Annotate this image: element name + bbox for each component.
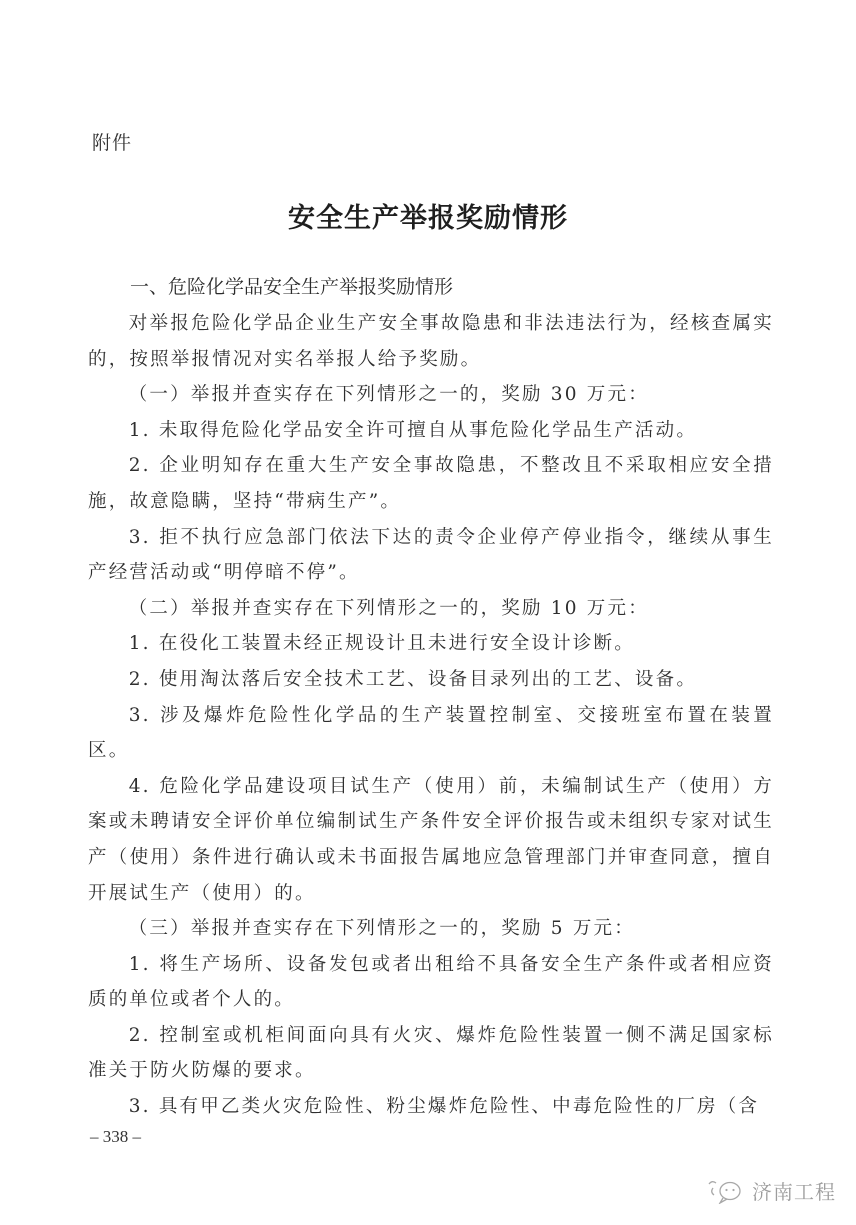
document-page: 附件 安全生产举报奖励情形 一、危险化学品安全生产举报奖励情形 对举报危险化学品…: [0, 0, 856, 1225]
list-item: 1. 将生产场所、设备发包或者出租给不具备安全生产条件或者相应资质的单位或者个人…: [88, 947, 774, 1018]
watermark-text: 济南工程: [752, 1176, 836, 1205]
list-item: 1. 未取得危险化学品安全许可擅自从事危险化学品生产活动。: [88, 413, 774, 449]
tier-heading-10w: （二）举报并查实存在下列情形之一的，奖励 10 万元：: [88, 591, 774, 627]
page-number: – 338 –: [90, 1127, 141, 1147]
tier-heading-30w: （一）举报并查实存在下列情形之一的，奖励 30 万元：: [88, 377, 774, 413]
list-item: 4. 危险化学品建设项目试生产（使用）前，未编制试生产（使用）方案或未聘请安全评…: [88, 769, 774, 911]
tier-heading-5w: （三）举报并查实存在下列情形之一的，奖励 5 万元：: [88, 911, 774, 947]
section-heading: 一、危险化学品安全生产举报奖励情形: [130, 272, 453, 299]
document-title: 安全生产举报奖励情形: [0, 196, 856, 235]
list-item: 3. 具有甲乙类火灾危险性、粉尘爆炸危险性、中毒危险性的厂房（含: [88, 1089, 774, 1125]
document-body: 对举报危险化学品企业生产安全事故隐患和非法违法行为，经核查属实的，按照举报情况对…: [88, 306, 774, 1125]
intro-paragraph: 对举报危险化学品企业生产安全事故隐患和非法违法行为，经核查属实的，按照举报情况对…: [88, 306, 774, 377]
list-item: 2. 控制室或机柜间面向具有火灾、爆炸危险性装置一侧不满足国家标准关于防火防爆的…: [88, 1018, 774, 1089]
watermark: 济南工程: [706, 1176, 836, 1205]
list-item: 2. 使用淘汰落后安全技术工艺、设备目录列出的工艺、设备。: [88, 662, 774, 698]
list-item: 2. 企业明知存在重大生产安全事故隐患，不整改且不采取相应安全措施，故意隐瞒，坚…: [88, 448, 774, 519]
wechat-icon: [706, 1178, 746, 1204]
list-item: 3. 涉及爆炸危险性化学品的生产装置控制室、交接班室布置在装置区。: [88, 698, 774, 769]
list-item: 3. 拒不执行应急部门依法下达的责令企业停产停业指令，继续从事生产经营活动或“明…: [88, 520, 774, 591]
list-item: 1. 在役化工装置未经正规设计且未进行安全设计诊断。: [88, 626, 774, 662]
attachment-label: 附件: [92, 128, 132, 155]
